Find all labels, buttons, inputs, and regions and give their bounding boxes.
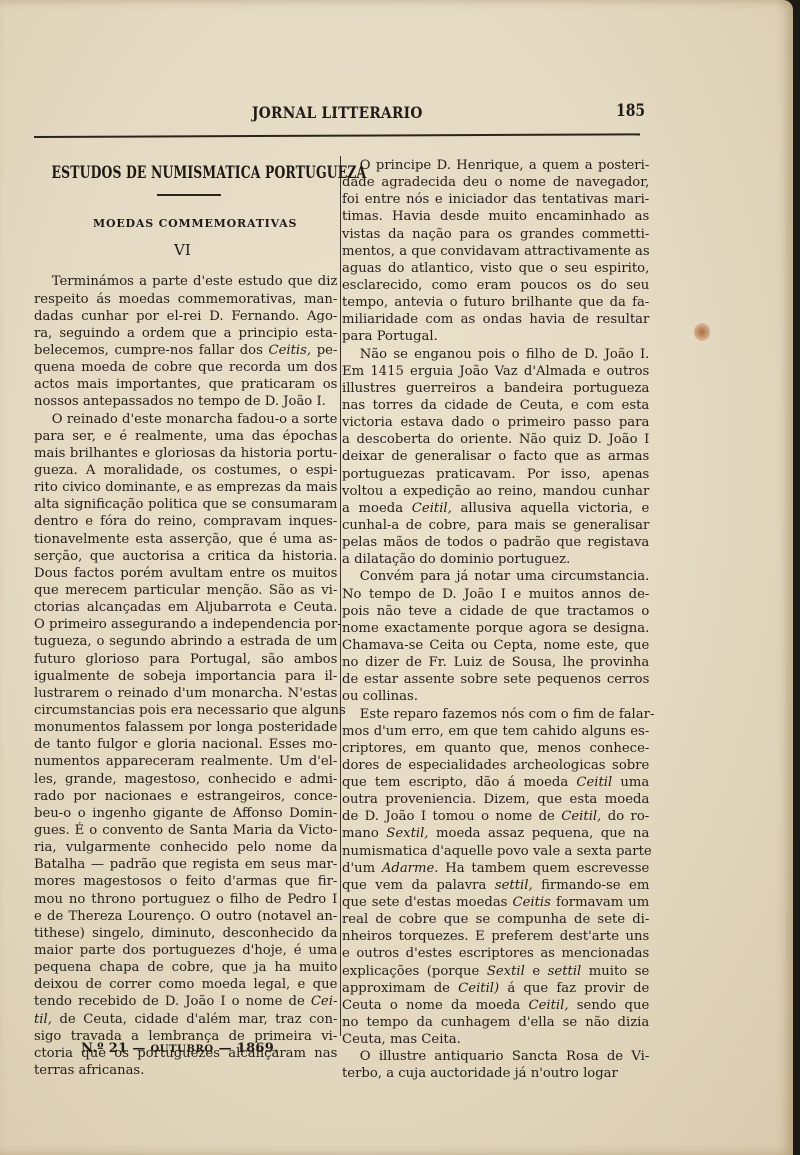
text-line: numismatica d'aquelle povo vale a sexta …: [342, 843, 649, 860]
text-line: Em 1415 erguia João Vaz d'Almada e outro…: [342, 363, 649, 380]
text-line: a moeda Ceitil, allusiva aquella victori…: [342, 500, 649, 517]
left-column-text: Terminámos a parte d'este estudo que diz…: [34, 273, 342, 1079]
text-line: dores de especialidades archeologicas so…: [342, 757, 649, 774]
left-column: ESTUDOS DE NUMISMATICA PORTUGUEZA MOEDAS…: [34, 157, 342, 1079]
text-line: gueza. A moralidade, os costumes, o espi…: [34, 462, 337, 479]
text-line: O reinado d'este monarcha fadou-o a sort…: [34, 411, 337, 428]
issue-number: N.º 21: [81, 1041, 128, 1056]
text-line: a dilatação do dominio portuguez.: [342, 551, 649, 568]
text-line: que tem escripto, dão á moeda Ceitil uma: [342, 774, 649, 791]
text-line: futuro glorioso para Portugal, são ambos: [34, 651, 337, 668]
section-number: VI: [174, 242, 342, 259]
text-line: tendo recebido de D. João I o nome de Ce…: [34, 993, 337, 1010]
text-line: mos d'um erro, em que tem cahido alguns …: [342, 723, 649, 740]
text-line: nome exactamente porque agora se designa…: [342, 620, 649, 637]
text-line: mais brilhantes e gloriosas da historia …: [34, 445, 337, 462]
text-line: dadas cunhar por el-rei D. Fernando. Ago…: [34, 308, 337, 325]
paragraph: Terminámos a parte d'este estudo que diz…: [34, 273, 342, 410]
text-line: terras africanas.: [34, 1062, 337, 1079]
text-line: deixar de generalisar o facto que as arm…: [342, 448, 649, 465]
header-rule: [34, 133, 640, 138]
text-line: Não se enganou pois o filho de D. João I…: [342, 346, 649, 363]
text-line: gues. É o convento de Santa Maria da Vic…: [34, 822, 337, 839]
text-line: Ceuta, mas Ceita.: [342, 1031, 649, 1048]
text-line: maior parte dos portuguezes d'hoje, é um…: [34, 942, 337, 959]
text-line: approximam de Ceitil) á que faz provir d…: [342, 980, 649, 997]
text-line: nossos antepassados no tempo de D. João …: [34, 393, 337, 410]
text-line: de estar assente sobre sete pequenos cer…: [342, 671, 649, 688]
text-line: explicações (porque Sextil e settil muit…: [342, 963, 649, 980]
text-line: monumentos falassem por longa posteridad…: [34, 719, 337, 736]
text-line: que merecem particular menção. São as vi…: [34, 582, 337, 599]
footer-dot: .: [274, 1041, 279, 1056]
running-head: JORNAL LITTERARIO 185: [0, 101, 800, 127]
text-line: circumstancias pois era necessario que a…: [34, 702, 337, 719]
text-line: ra, seguindo a ordem que a principio est…: [34, 325, 337, 342]
right-column: O principe D. Henrique, a quem a posteri…: [342, 157, 654, 1083]
paragraph: Convém para já notar uma circumstancia.N…: [342, 568, 654, 705]
text-line: beu-o o ingenho gigante de Affonso Domin…: [34, 805, 337, 822]
text-line: pelas mãos de todos o padrão que regista…: [342, 534, 649, 551]
footer-separator: —: [132, 1041, 145, 1056]
right-column-text: O principe D. Henrique, a quem a posteri…: [342, 157, 654, 1083]
paper-stain: [694, 323, 710, 341]
text-line: O illustre antiquario Sancta Rosa de Vi-: [342, 1048, 649, 1065]
text-line: belecemos, cumpre-nos fallar dos Ceitis,…: [34, 342, 337, 359]
text-line: e de Thereza Lourenço. O outro (notavel …: [34, 908, 337, 925]
text-line: vistas da nação para os grandes commetti…: [342, 226, 649, 243]
text-line: Terminámos a parte d'este estudo que diz: [34, 273, 337, 290]
text-line: no tempo da cunhagem d'ella se não dizia: [342, 1014, 649, 1031]
issue-year: 1869: [237, 1041, 274, 1056]
text-line: ctorias alcançadas em Aljubarrota e Ceut…: [34, 599, 337, 616]
text-line: deixou de correr como moeda legal, e que: [34, 976, 337, 993]
text-line: de D. João I tomou o nome de Ceitil, do …: [342, 808, 649, 825]
text-line: pequena chapa de cobre, que ja ha muito: [34, 959, 337, 976]
text-line: til, de Ceuta, cidade d'além mar, traz c…: [34, 1011, 337, 1028]
text-line: serção, que auctorisa a critica da histo…: [34, 548, 337, 565]
text-line: illustres guerreiros a bandeira portugue…: [342, 380, 649, 397]
text-line: que sete d'estas moedas Ceitis formavam …: [342, 894, 649, 911]
issue-month: OUTUBRO: [150, 1044, 213, 1055]
text-line: dade agradecida deu o nome de navegador,: [342, 174, 649, 191]
paragraph: Não se enganou pois o filho de D. João I…: [342, 346, 654, 569]
text-line: rito civico dominante, e as emprezas da …: [34, 479, 337, 496]
text-line: tionavelmente esta asserção, que é uma a…: [34, 531, 337, 548]
title-rule: [157, 194, 221, 196]
text-line: Ceuta o nome da moeda Ceitil, sendo que: [342, 997, 649, 1014]
text-line: Dous factos porém avultam entre os muito…: [34, 565, 337, 582]
footer-separator: —: [219, 1041, 232, 1056]
text-line: foi entre nós e iniciador das tentativas…: [342, 191, 649, 208]
text-line: criptores, em quanto que, menos conhece-: [342, 740, 649, 757]
text-line: Este reparo fazemos nós com o fim de fal…: [342, 706, 649, 723]
text-line: les, grande, magestoso, conhecido e admi…: [34, 771, 337, 788]
text-line: outra proveniencia. Dizem, que esta moed…: [342, 791, 649, 808]
text-line: real de cobre que se compunha de sete di…: [342, 911, 649, 928]
text-line: tempo, antevia o futuro brilhante que da…: [342, 294, 649, 311]
text-line: victoria estava dado o primeiro passo pa…: [342, 414, 649, 431]
paragraph: Este reparo fazemos nós com o fim de fal…: [342, 706, 654, 1049]
text-line: mentos, a que convidavam attractivamente…: [342, 243, 649, 260]
text-line: d'um Adarme. Ha tambem quem escrevesse: [342, 860, 649, 877]
journal-title: JORNAL LITTERARIO: [252, 103, 423, 122]
text-line: e outros d'estes escriptores as menciona…: [342, 945, 649, 962]
text-line: rado por nacionaes e estrangeiros, conce…: [34, 788, 337, 805]
paragraph: O illustre antiquario Sancta Rosa de Vi-…: [342, 1048, 654, 1082]
text-line: mores magestosos o feito d'armas que fir…: [34, 873, 337, 890]
text-line: que vem da palavra settil, firmando-se e…: [342, 877, 649, 894]
text-line: cunhal-a de cobre, para mais se generali…: [342, 517, 649, 534]
text-line: lustrarem o reinado d'um monarcha. N'est…: [34, 685, 337, 702]
text-line: Convém para já notar uma circumstancia.: [342, 568, 649, 585]
text-line: portuguezas praticavam. Por isso, apenas: [342, 466, 649, 483]
text-line: no dizer de Fr. Luiz de Sousa, lhe provi…: [342, 654, 649, 671]
text-line: mou no throno portuguez o filho de Pedro…: [34, 891, 337, 908]
text-line: nas torres da cidade de Ceuta, e com est…: [342, 397, 649, 414]
text-line: O principe D. Henrique, a quem a posteri…: [342, 157, 649, 174]
text-line: igualmente de sobeja importancia para il…: [34, 668, 337, 685]
text-line: a descoberta do oriente. Não quiz D. Joã…: [342, 431, 649, 448]
text-line: Chamava-se Ceita ou Cepta, nome este, qu…: [342, 637, 649, 654]
text-line: alta significação politica que se consum…: [34, 496, 337, 513]
article-title: ESTUDOS DE NUMISMATICA PORTUGUEZA: [34, 165, 259, 182]
text-line: tithese) singelo, diminuto, desconhecido…: [34, 925, 337, 942]
section-title: MOEDAS COMMEMORATIVAS: [93, 215, 342, 232]
text-line: timas. Havia desde muito encaminhado as: [342, 208, 649, 225]
text-line: actos mais importantes, que praticaram o…: [34, 376, 337, 393]
text-line: respeito ás moedas commemorativas, man-: [34, 291, 337, 308]
scanned-page: JORNAL LITTERARIO 185 ESTUDOS DE NUMISMA…: [0, 0, 793, 1155]
text-line: quena moeda de cobre que recorda um dos: [34, 359, 337, 376]
page-number: 185: [616, 101, 645, 121]
text-line: ria, vulgarmente conhecido pelo nome da: [34, 839, 337, 856]
text-line: terbo, a cuja auctoridade já n'outro log…: [342, 1065, 649, 1082]
text-line: nheiros torquezes. E preferem dest'arte …: [342, 928, 649, 945]
text-line: aguas do atlantico, visto que o seu espi…: [342, 260, 649, 277]
text-line: para ser, e é realmente, uma das épochas: [34, 428, 337, 445]
text-line: tugueza, o segundo abrindo a estrada de …: [34, 633, 337, 650]
paragraph: O reinado d'este monarcha fadou-o a sort…: [34, 411, 342, 1079]
text-line: No tempo de D. João I e muitos annos de-: [342, 586, 649, 603]
text-line: pois não teve a cidade de que tractamos …: [342, 603, 649, 620]
text-line: mano Sextil, moeda assaz pequena, que na: [342, 825, 649, 842]
text-line: de tanto fulgor e gloria nacional. Esses…: [34, 736, 337, 753]
text-line: numentos appareceram realmente. Um d'el-: [34, 753, 337, 770]
issue-footer: N.º 21 — OUTUBRO — 1869.: [81, 1041, 279, 1056]
paragraph: O principe D. Henrique, a quem a posteri…: [342, 157, 654, 346]
text-line: esclarecido, como eram poucos os do seu: [342, 277, 649, 294]
text-line: voltou a expedição ao reino, mandou cunh…: [342, 483, 649, 500]
text-line: Batalha — padrão que regista em seus mar…: [34, 856, 337, 873]
text-line: para Portugal.: [342, 328, 649, 345]
text-line: ou collinas.: [342, 688, 649, 705]
text-line: O primeiro assegurando a independencia p…: [34, 616, 337, 633]
text-line: dentro e fóra do reino, compravam inques…: [34, 513, 337, 530]
text-line: miliaridade com as ondas havia de result…: [342, 311, 649, 328]
